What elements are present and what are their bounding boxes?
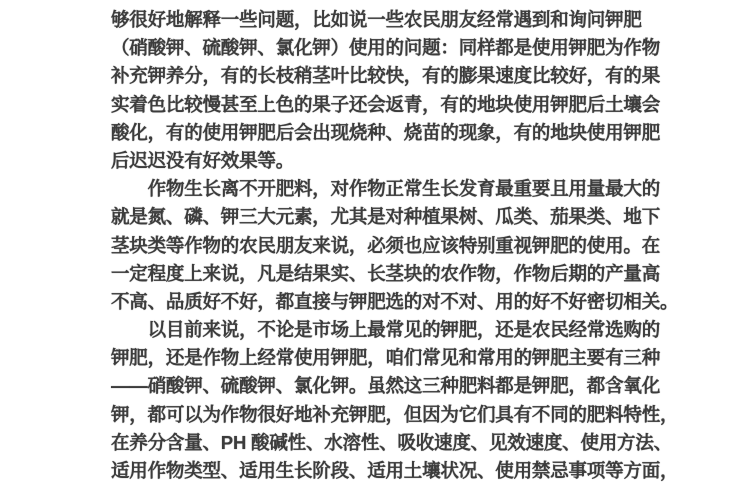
- document-page: 够很好地解释一些问题，比如说一些农民朋友经常遇到和询问钾肥 （硝酸钾、硫酸钾、氯…: [0, 0, 750, 500]
- text-line: 钾肥，还是作物上经常使用钾肥，咱们常见和常用的钾肥主要有三种: [111, 344, 656, 372]
- text-line: 不高、品质好不好，都直接与钾肥选的对不对、用的好不好密切相关。: [111, 288, 656, 316]
- text-line: 以目前来说，不论是市场上最常见的钾肥，还是农民经常选购的: [111, 316, 656, 344]
- text-line: （硝酸钾、硫酸钾、氯化钾）使用的问题：同样都是使用钾肥为作物: [111, 34, 656, 62]
- text-line: 实着色比较慢甚至上色的果子还会返青，有的地块使用钾肥后土壤会: [111, 91, 656, 119]
- text-line: 补充钾养分，有的长枝稍茎叶比较快，有的膨果速度比较好，有的果: [111, 62, 656, 90]
- text-line: 就是氮、磷、钾三大元素，尤其是对种植果树、瓜类、茄果类、地下: [111, 203, 656, 231]
- text-line: 一定程度上来说，凡是结果实、长茎块的农作物，作物后期的产量高: [111, 260, 656, 288]
- text-line: 酸化，有的使用钾肥后会出现烧种、烧苗的现象，有的地块使用钾肥: [111, 119, 656, 147]
- text-line: 钾，都可以为作物很好地补充钾肥，但因为它们具有不同的肥料特性，: [111, 401, 656, 429]
- text-line: 适用作物类型、适用生长阶段、适用土壤状况、使用禁忌事项等方面，: [111, 457, 656, 485]
- text-line: 在养分含量、PH 酸碱性、水溶性、吸收速度、见效速度、使用方法、: [111, 429, 656, 457]
- text-line: 茎块类等作物的农民朋友来说，必须也应该特别重视钾肥的使用。在: [111, 232, 656, 260]
- text-line: 够很好地解释一些问题，比如说一些农民朋友经常遇到和询问钾肥: [111, 6, 656, 34]
- text-line: ——硝酸钾、硫酸钾、氯化钾。虽然这三种肥料都是钾肥，都含氧化: [111, 372, 656, 400]
- text-line: 后迟迟没有好效果等。: [111, 147, 656, 175]
- text-block: 够很好地解释一些问题，比如说一些农民朋友经常遇到和询问钾肥 （硝酸钾、硫酸钾、氯…: [111, 6, 656, 485]
- text-line: 作物生长离不开肥料，对作物正常生长发育最重要且用量最大的: [111, 175, 656, 203]
